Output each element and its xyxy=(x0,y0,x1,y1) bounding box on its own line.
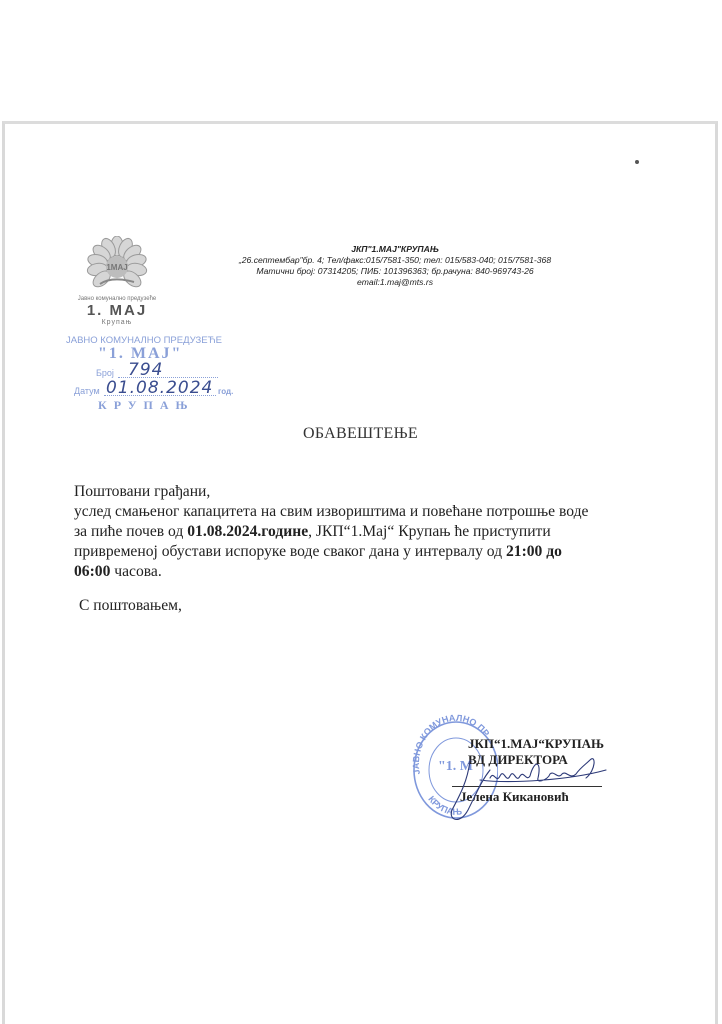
body-text-span: часова. xyxy=(110,563,161,580)
registry-date-row: Датум 01.08.2024 год. xyxy=(66,380,266,398)
logo-name: 1. МАЈ xyxy=(62,303,172,319)
registry-stamp-name: "1. МАЈ" xyxy=(98,346,266,362)
document-title-text: ОБАВЕШТЕЊЕ xyxy=(303,425,418,442)
registry-date-suffix: год. xyxy=(218,387,233,396)
start-date: 01.08.2024.године xyxy=(187,523,308,540)
letterhead: ЈКП"1.МАЈ"КРУПАЊ „26.септембар"бр. 4; Те… xyxy=(212,244,578,288)
letterhead-ids: Матични број: 07314205; ПИБ: 101396363; … xyxy=(212,266,578,277)
letterhead-address: „26.септембар"бр. 4; Тел/факс:015/7581-3… xyxy=(212,255,578,266)
body-text-span: за пиће почев од xyxy=(74,523,187,540)
body-line-3: привременој обустави испоруке воде свако… xyxy=(74,542,654,562)
greeting: Поштовани грађани, xyxy=(74,482,654,502)
registry-number-label: Број xyxy=(96,368,114,378)
body-text-span: , ЈКП“1.Мај“ Крупањ ће приступити xyxy=(308,523,551,540)
scan-speck xyxy=(635,160,639,164)
registry-number-value: 794 xyxy=(128,360,163,380)
registry-date-value: 01.08.2024 xyxy=(106,378,213,398)
body-line-2: за пиће почев од 01.08.2024.године, ЈКП“… xyxy=(74,522,654,542)
interval-end: 06:00 xyxy=(74,563,110,580)
registry-stamp: ЈАВНО КОМУНАЛНО ПРЕДУЗЕЋЕ "1. МАЈ" Број … xyxy=(66,335,266,412)
handwritten-signature-icon xyxy=(430,740,610,830)
document-title: ОБАВЕШТЕЊЕ xyxy=(0,425,722,443)
daisy-emblem-icon: 1МАЈ xyxy=(82,236,152,296)
letterhead-org: ЈКП"1.МАЈ"КРУПАЊ xyxy=(212,244,578,255)
registry-stamp-town: КРУПАЊ xyxy=(98,398,266,412)
body-line-1: услед смањеног капацитета на свим извори… xyxy=(74,502,654,522)
body-text-span: привременој обустави испоруке воде свако… xyxy=(74,543,506,560)
logo-town: Крупањ xyxy=(62,319,172,326)
letterhead-email: email:1.maj@mts.rs xyxy=(212,277,578,288)
notice-body: Поштовани грађани, услед смањеног капаци… xyxy=(74,482,654,582)
registry-date-label: Датум xyxy=(74,386,100,396)
closing: С поштовањем, xyxy=(79,597,182,615)
svg-text:1МАЈ: 1МАЈ xyxy=(106,263,127,272)
body-line-4: 06:00 часова. xyxy=(74,562,654,582)
company-logo: 1МАЈ Јавно комунално предузеће 1. МАЈ Кр… xyxy=(62,236,172,326)
interval-start: 21:00 до xyxy=(506,543,562,560)
